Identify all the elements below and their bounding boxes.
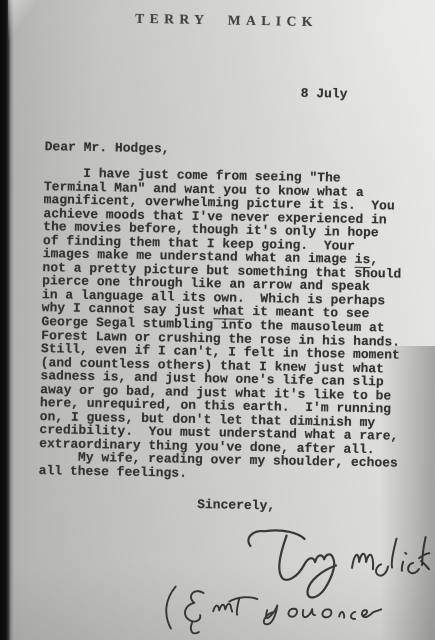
letter-date: 8 July <box>301 86 348 102</box>
letter-body: I have just come from seeing "TheTermina… <box>39 166 404 484</box>
letterhead-title: TERRY MALICK <box>0 8 435 32</box>
closing: Sincerely, <box>197 497 275 513</box>
photo-of-letter: TERRY MALICK 8 July Dear Mr. Hodges, I h… <box>0 0 435 640</box>
salutation: Dear Mr. Hodges, <box>45 139 170 156</box>
handwritten-postscript <box>159 582 400 640</box>
letter-content: TERRY MALICK 8 July Dear Mr. Hodges, I h… <box>0 0 435 640</box>
